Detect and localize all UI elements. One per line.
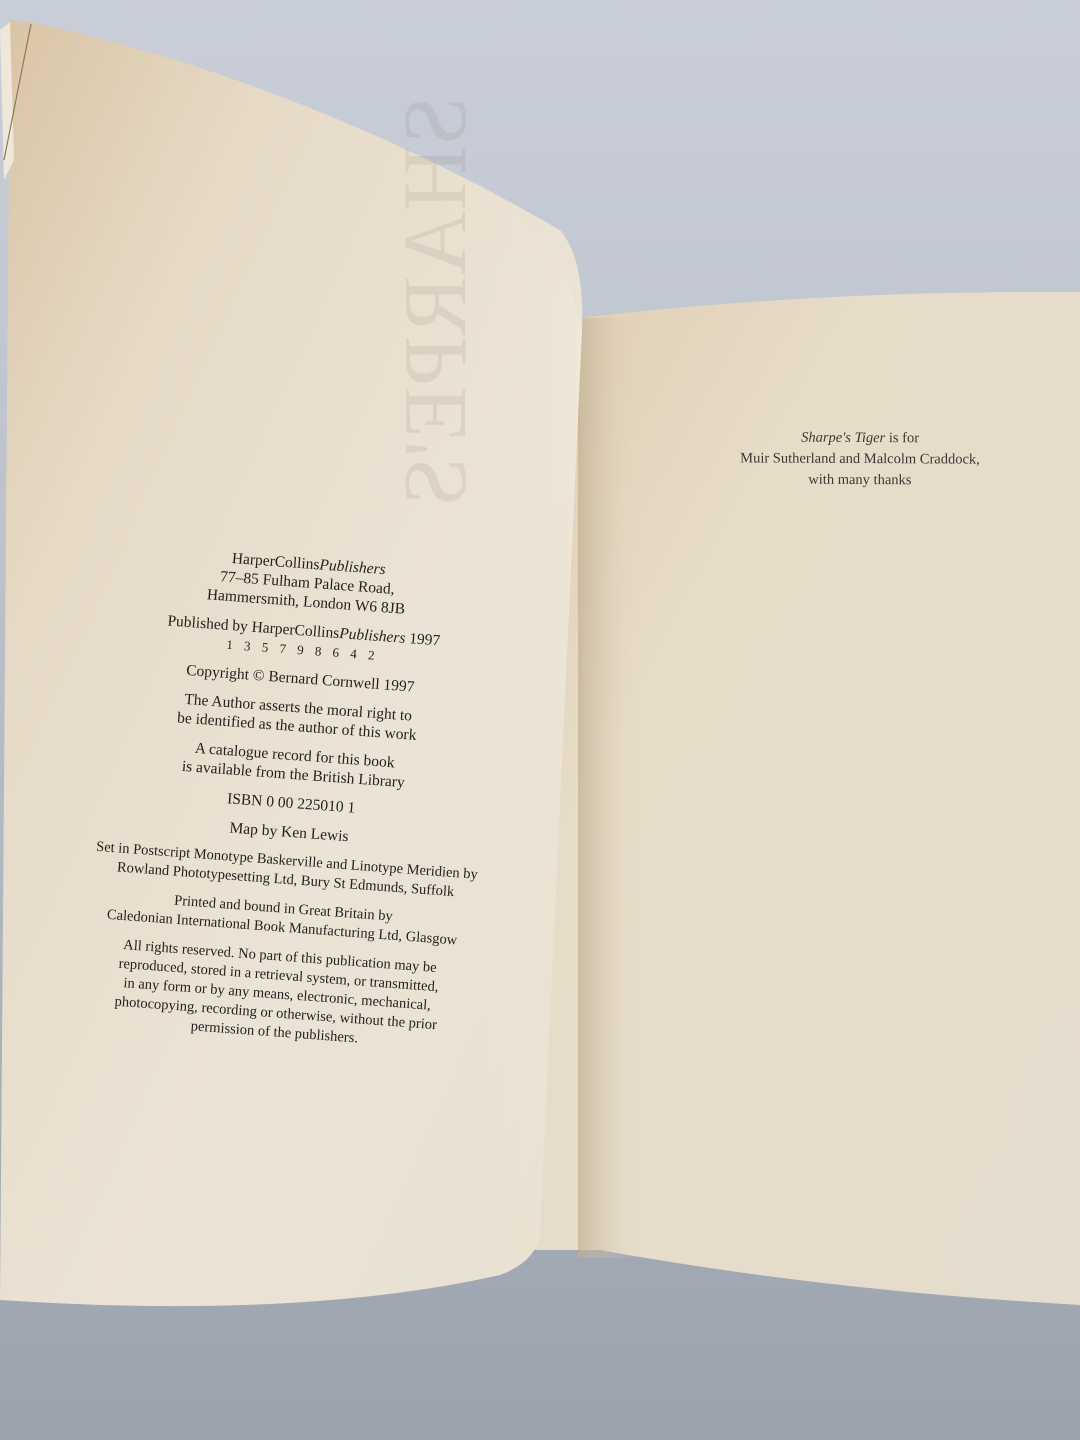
dedication-line-2: Muir Sutherland and Malcolm Craddock,: [680, 448, 1040, 471]
dedication: Sharpe's Tiger is for Muir Sutherland an…: [680, 427, 1040, 492]
rights-reserved: All rights reserved. No part of this pub…: [74, 933, 480, 1057]
dedication-line-3: with many thanks: [680, 469, 1040, 492]
show-through-text: SHARPE'S: [384, 96, 487, 507]
book-title: Sharpe's Tiger: [801, 430, 885, 446]
copyright-page-text: HarperCollinsPublishers 77–85 Fulham Pal…: [73, 540, 508, 1067]
dedication-line-1: Sharpe's Tiger is for: [680, 427, 1040, 450]
